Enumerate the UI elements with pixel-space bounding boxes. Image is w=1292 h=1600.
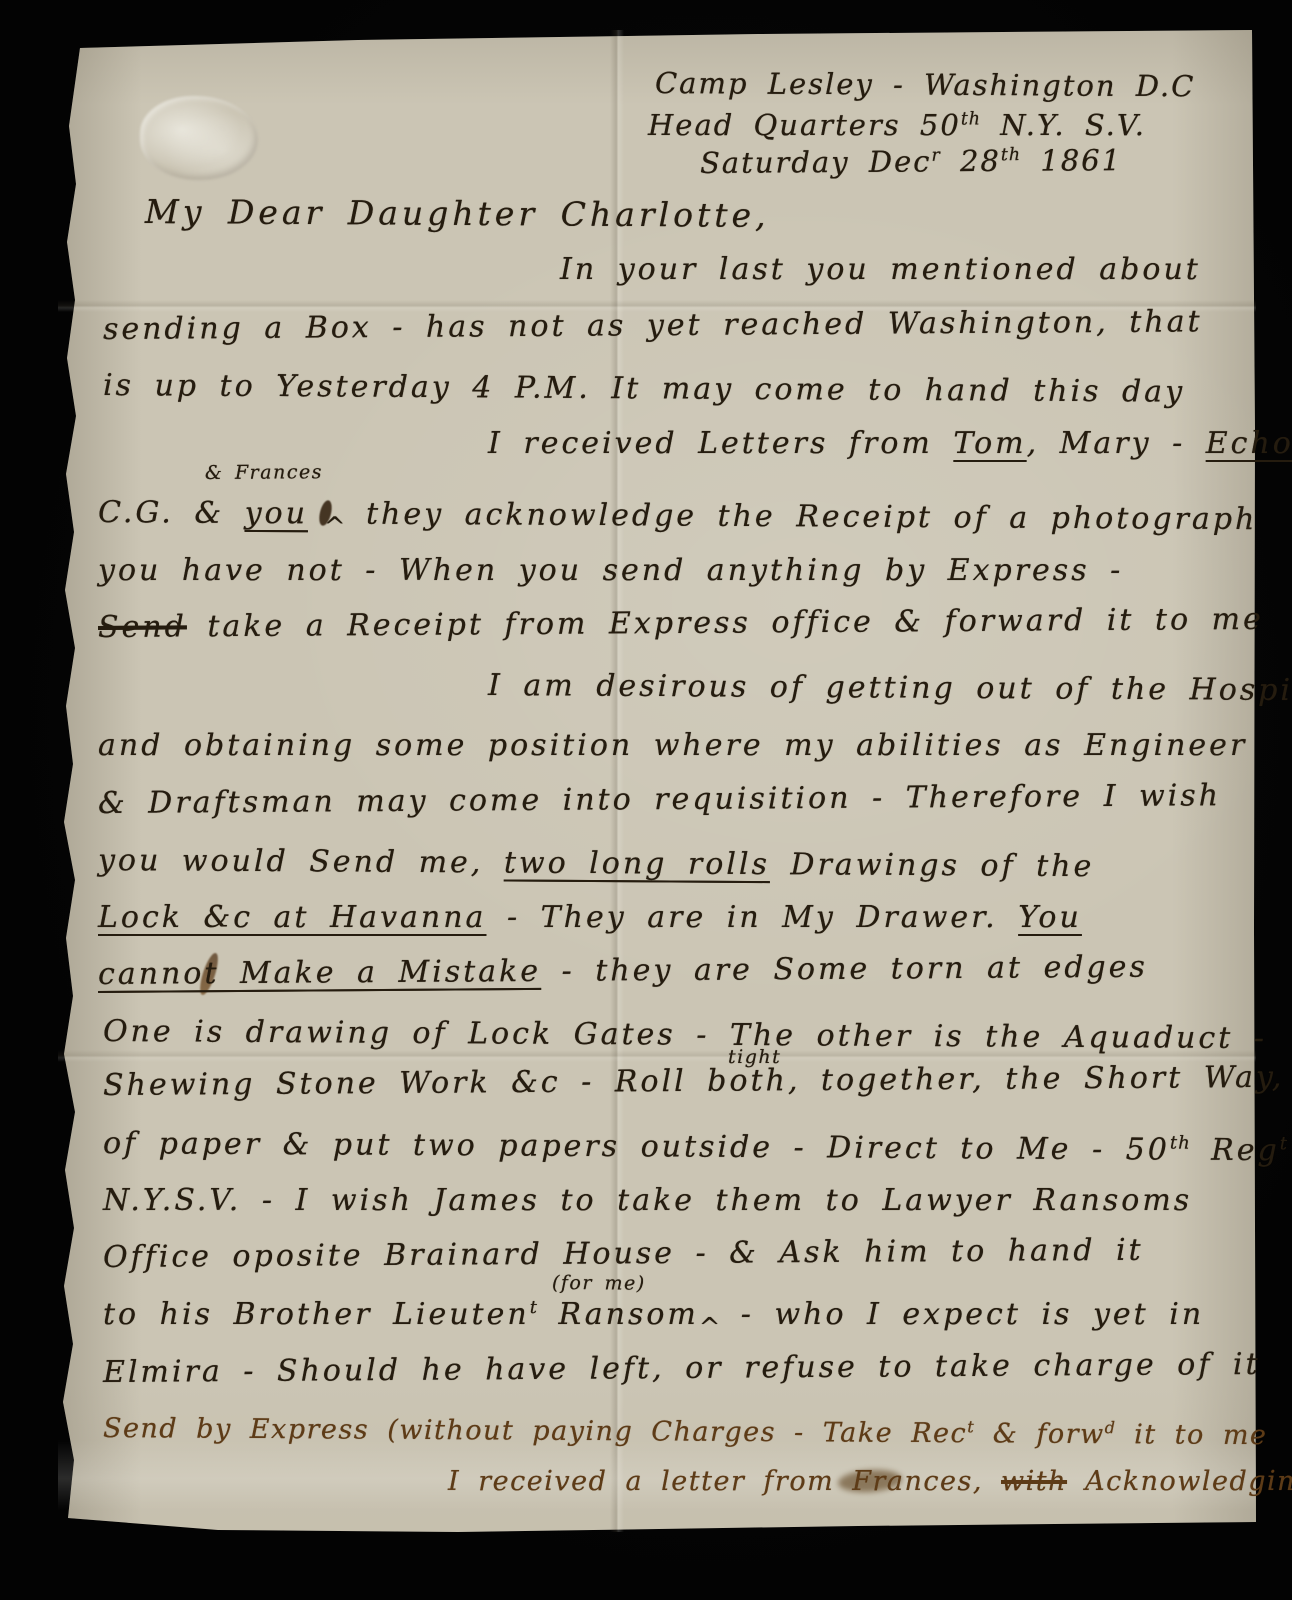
text-segment: Head Quarters 50 [648,108,961,142]
text-segment: Acknowledging [1067,1466,1292,1497]
text-segment: In your last you mentioned about [560,252,1201,287]
body-line-4: I received Letters from Tom, Mary - Echo… [488,426,1292,461]
body-line-15: Shewing Stone Work &c - Roll both, toget… [103,1060,1285,1103]
text-segment: it to me [1116,1419,1268,1451]
body-line-22: I received a letter from Frances, with A… [448,1466,1292,1497]
text-segment: Send by Express (without paying Charges … [103,1413,967,1449]
underlined-text: you [245,496,309,531]
text-segment: t [967,1417,975,1436]
body-line-7: Send take a Receipt from Express office … [98,602,1264,645]
text-segment: you have not - When you send anything by… [98,553,1123,588]
body-line-20: Elmira - Should he have left, or refuse … [103,1347,1261,1390]
text-segment: My Dear Daughter Charlotte, [145,192,770,235]
struck-text: Send [98,609,187,645]
text-segment: , Mary - [1027,426,1206,461]
text-segment: - who I expect is yet in [720,1297,1204,1332]
underlined-text: Lock &c at Havanna [98,900,486,935]
underlined-text: You [1018,900,1082,935]
text-segment: ^ [308,512,346,542]
underlined-text: Echo [1206,426,1292,461]
heading-unit-line: Head Quarters 50th N.Y. S.V. [648,108,1146,142]
text-segment: Office oposite Brainard House - & Ask hi… [103,1233,1144,1275]
body-line-21: Send by Express (without paying Charges … [103,1412,1268,1451]
underlined-text: cannot Make a Mistake [98,954,541,992]
text-segment: Camp Lesley - Washington D.C [655,66,1196,103]
text-segment: C.G. & [98,495,245,531]
body-line-2: sending a Box - has not as yet reached W… [103,304,1203,347]
insertion-for-me: (for me) [552,1272,646,1295]
text-segment: Elmira - Should he have left, or refuse … [103,1347,1261,1390]
text-segment: Reg [1191,1133,1280,1169]
text-segment: th [961,109,981,129]
text-segment: t [530,1297,538,1318]
text-segment: (for me) [552,1272,646,1295]
text-segment: take a Receipt from Express office & for… [187,602,1264,645]
text-segment: sending a Box - has not as yet reached W… [103,304,1203,347]
body-line-17: N.Y.S.V. - I wish James to take them to … [103,1183,1192,1218]
heading-date-line: Saturday Decr 28th 1861 [700,143,1122,180]
text-segment: you would Send me, [98,843,504,880]
salutation: My Dear Daughter Charlotte, [145,192,770,235]
underlined-text: two long rolls [504,845,770,882]
body-line-3: is up to Yesterday 4 P.M. It may come to… [103,368,1185,410]
text-segment: I received a letter from Frances, [448,1466,1001,1497]
body-line-16: of paper & put two papers outside - Dire… [103,1126,1288,1168]
text-segment: Ransom [538,1297,699,1332]
letter-body: Camp Lesley - Washington D.CHead Quarter… [0,0,1292,1600]
body-line-19: to his Brother Lieutent Ransom^ - who I … [103,1297,1204,1342]
text-segment: t [1280,1133,1288,1154]
text-segment: is up to Yesterday 4 P.M. It may come to… [103,368,1185,410]
text-segment: & Draftsman may come into requisition - … [98,778,1221,821]
body-line-18: Office oposite Brainard House - & Ask hi… [103,1233,1144,1275]
body-line-9: and obtaining some position where my abi… [98,728,1247,763]
insertion-frances: & Frances [205,461,323,484]
text-segment: th [1170,1133,1191,1154]
text-segment: N.Y.S.V. - I wish James to take them to … [103,1183,1192,1218]
text-segment: th [1001,145,1021,165]
text-segment: Drawings of the [770,847,1095,884]
text-segment: ^ [699,1312,720,1342]
underlined-text: Tom [953,426,1026,461]
text-segment: of paper & put two papers outside - Dire… [103,1126,1170,1168]
body-line-12: Lock &c at Havanna - They are in My Draw… [98,900,1082,935]
body-line-13: cannot Make a Mistake - they are Some to… [98,950,1148,992]
text-segment: & Frances [205,461,323,484]
text-segment: they acknowledge the Receipt of a photog… [345,497,1257,538]
struck-text: with [1001,1466,1067,1497]
text-segment: & forw [975,1418,1105,1450]
body-line-1: In your last you mentioned about [560,252,1201,287]
body-line-5: C.G. & you ^ they acknowledge the Receip… [98,495,1258,548]
text-segment: One is drawing of Lock Gates - The other… [103,1014,1267,1056]
photo-background: Camp Lesley - Washington D.CHead Quarter… [0,0,1292,1600]
text-segment: 28 [941,144,1001,178]
text-segment: r [931,146,940,166]
text-segment: N.Y. S.V. [981,108,1146,142]
text-segment: - They are in My Drawer. [486,900,1018,935]
body-line-14: One is drawing of Lock Gates - The other… [103,1014,1267,1056]
body-line-10: & Draftsman may come into requisition - … [98,778,1221,821]
text-segment: Shewing Stone Work &c - Roll both, toget… [103,1060,1285,1103]
text-segment: to his Brother Lieuten [103,1297,530,1332]
text-segment: d [1105,1418,1116,1437]
text-segment: 1861 [1021,143,1122,178]
text-segment: I am desirous of getting out of the Hosp… [488,668,1292,708]
body-line-11: you would Send me, two long rolls Drawin… [98,843,1095,884]
body-line-8: I am desirous of getting out of the Hosp… [488,668,1292,708]
text-segment: and obtaining some position where my abi… [98,728,1247,763]
body-line-6: you have not - When you send anything by… [98,553,1123,588]
text-segment: - they are Some torn at edges [541,950,1148,989]
text-segment: I received Letters from [488,426,953,461]
text-segment: Saturday Dec [700,144,932,180]
heading-place-line: Camp Lesley - Washington D.C [655,66,1196,103]
